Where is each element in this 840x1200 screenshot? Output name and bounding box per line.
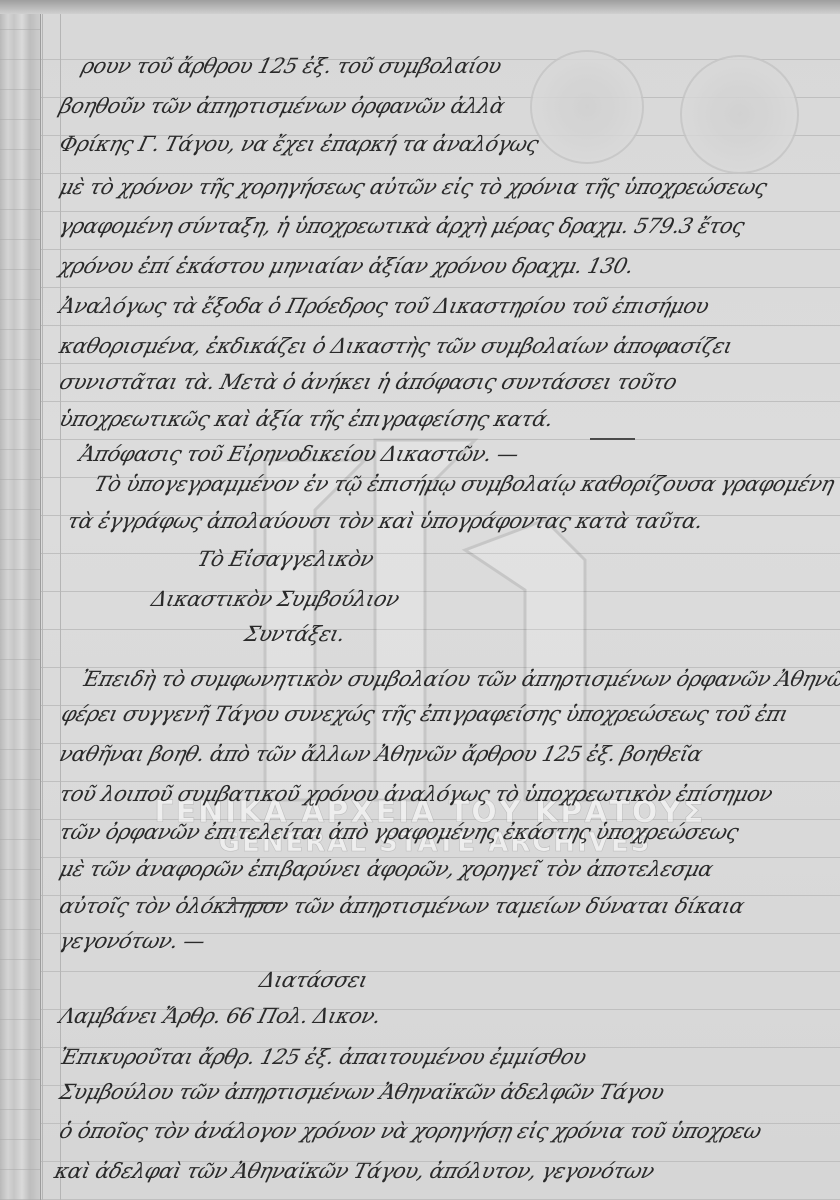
handwritten-line: βοηθοῦν τῶν ἀπηρτισμένων ὀρφανῶν ἀλλὰ	[57, 94, 507, 118]
handwritten-line: Διατάσσει	[257, 968, 370, 992]
end-dash	[590, 438, 635, 440]
embossed-seal-left	[530, 50, 644, 164]
handwritten-line: καθορισμένα, ἐκδικάζει ὁ Δικαστὴς τῶν συ…	[57, 334, 735, 358]
handwritten-line: Ἀναλόγως τὰ ἔξοδα ὁ Πρόεδρος τοῦ Δικαστη…	[57, 294, 711, 318]
handwritten-line: μὲ τῶν ἀναφορῶν ἐπιβαρύνει ἀφορῶν, χορηγ…	[57, 857, 715, 881]
handwritten-line: Φρίκης Γ. Τάγου, να ἔχει ἐπαρκή τα ἀναλό…	[57, 132, 541, 156]
handwritten-line: ὁ ὁποῖος τὸν ἀνάλογον χρόνον νὰ χορηγήσῃ…	[57, 1119, 764, 1143]
handwritten-line: Ἐπικυροῦται ἄρθρ. 125 ἐξ. ἀπαιτουμένου ἐ…	[57, 1045, 589, 1069]
handwritten-line: καὶ ἀδελφαὶ τῶν Ἀθηναϊκῶν Τάγου, ἀπόλυτο…	[52, 1159, 657, 1183]
handwritten-line: γραφομένη σύνταξη, ἡ ὑποχρεωτικὰ ἀρχὴ μέ…	[57, 214, 747, 238]
embossed-seal-right	[680, 55, 799, 174]
page-top-edge	[0, 0, 840, 14]
handwritten-line: τὰ ἐγγράφως ἀπολαύουσι τὸν καὶ ὑπογράφον…	[65, 509, 705, 533]
handwritten-line: Συντάξει.	[242, 622, 347, 646]
handwritten-line: Ἐπειδὴ τὸ συμφωνητικὸν συμβολαίου τῶν ἀπ…	[79, 667, 840, 691]
handwritten-line: συνιστᾶται τὰ. Μετὰ ὁ ἀνήκει ἡ ἀπόφασις …	[57, 370, 679, 394]
handwritten-line: ναθῆναι βοηθ. ἀπὸ τῶν ἄλλων Ἀθηνῶν ἄρθρο…	[57, 742, 705, 766]
handwritten-line: Λαμβάνει Ἄρθρ. 66 Πολ. Δικον.	[57, 1004, 383, 1028]
handwritten-line: αὐτοῖς τὸν ὁλόκληρον τῶν ἀπηρτισμένων τα…	[57, 894, 747, 918]
handwritten-line: ὑποχρεωτικῶς καὶ ἀξία τῆς ἐπιγραφείσης κ…	[57, 407, 556, 431]
handwritten-line: τῶν ὀρφανῶν ἐπιτελείται ἀπὸ γραφομένης ἐ…	[57, 820, 741, 844]
handwritten-line: γεγονότων. —	[57, 929, 207, 953]
handwritten-line: Ἀπόφασις τοῦ Εἰρηνοδικείου Δικαστῶν. —	[77, 442, 521, 466]
handwritten-line: Τὸ Εἰσαγγελικὸν	[195, 547, 376, 571]
handwritten-line: φέρει συγγενῆ Τάγου συνεχώς τῆς ἐπιγραφε…	[59, 702, 791, 726]
handwritten-line: χρόνου ἐπί ἑκάστου μηνιαίαν ἀξίαν χρόνου…	[57, 254, 636, 278]
handwritten-line: ρουν τοῦ ἄρθρου 125 ἐξ. τοῦ συμβολαίου	[79, 54, 504, 78]
handwritten-line: Συμβούλου τῶν ἀπηρτισμένων Ἀθηναϊκῶν ἀδε…	[57, 1080, 666, 1104]
end-dash	[228, 902, 283, 904]
handwritten-line: Δικαστικὸν Συμβούλιον	[149, 587, 402, 611]
handwritten-line: μὲ τὸ χρόνον τῆς χορηγήσεως αὐτῶν εἰς τὸ…	[57, 175, 769, 199]
handwritten-line: Τὸ ὑπογεγραμμένον ἐν τῷ ἐπισήμῳ συμβολαί…	[92, 472, 837, 496]
manuscript-page: ΓΕΝΙΚΑ ΑΡΧΕΙΑ ΤΟΥ ΚΡΑΤΟΥΣ GENERAL STATE …	[0, 0, 840, 1200]
handwritten-line: τοῦ λοιποῦ συμβατικοῦ χρόνου ἀναλόγως τὸ…	[57, 782, 775, 806]
margin-line	[42, 0, 43, 1200]
page-binding-edge	[0, 0, 41, 1200]
